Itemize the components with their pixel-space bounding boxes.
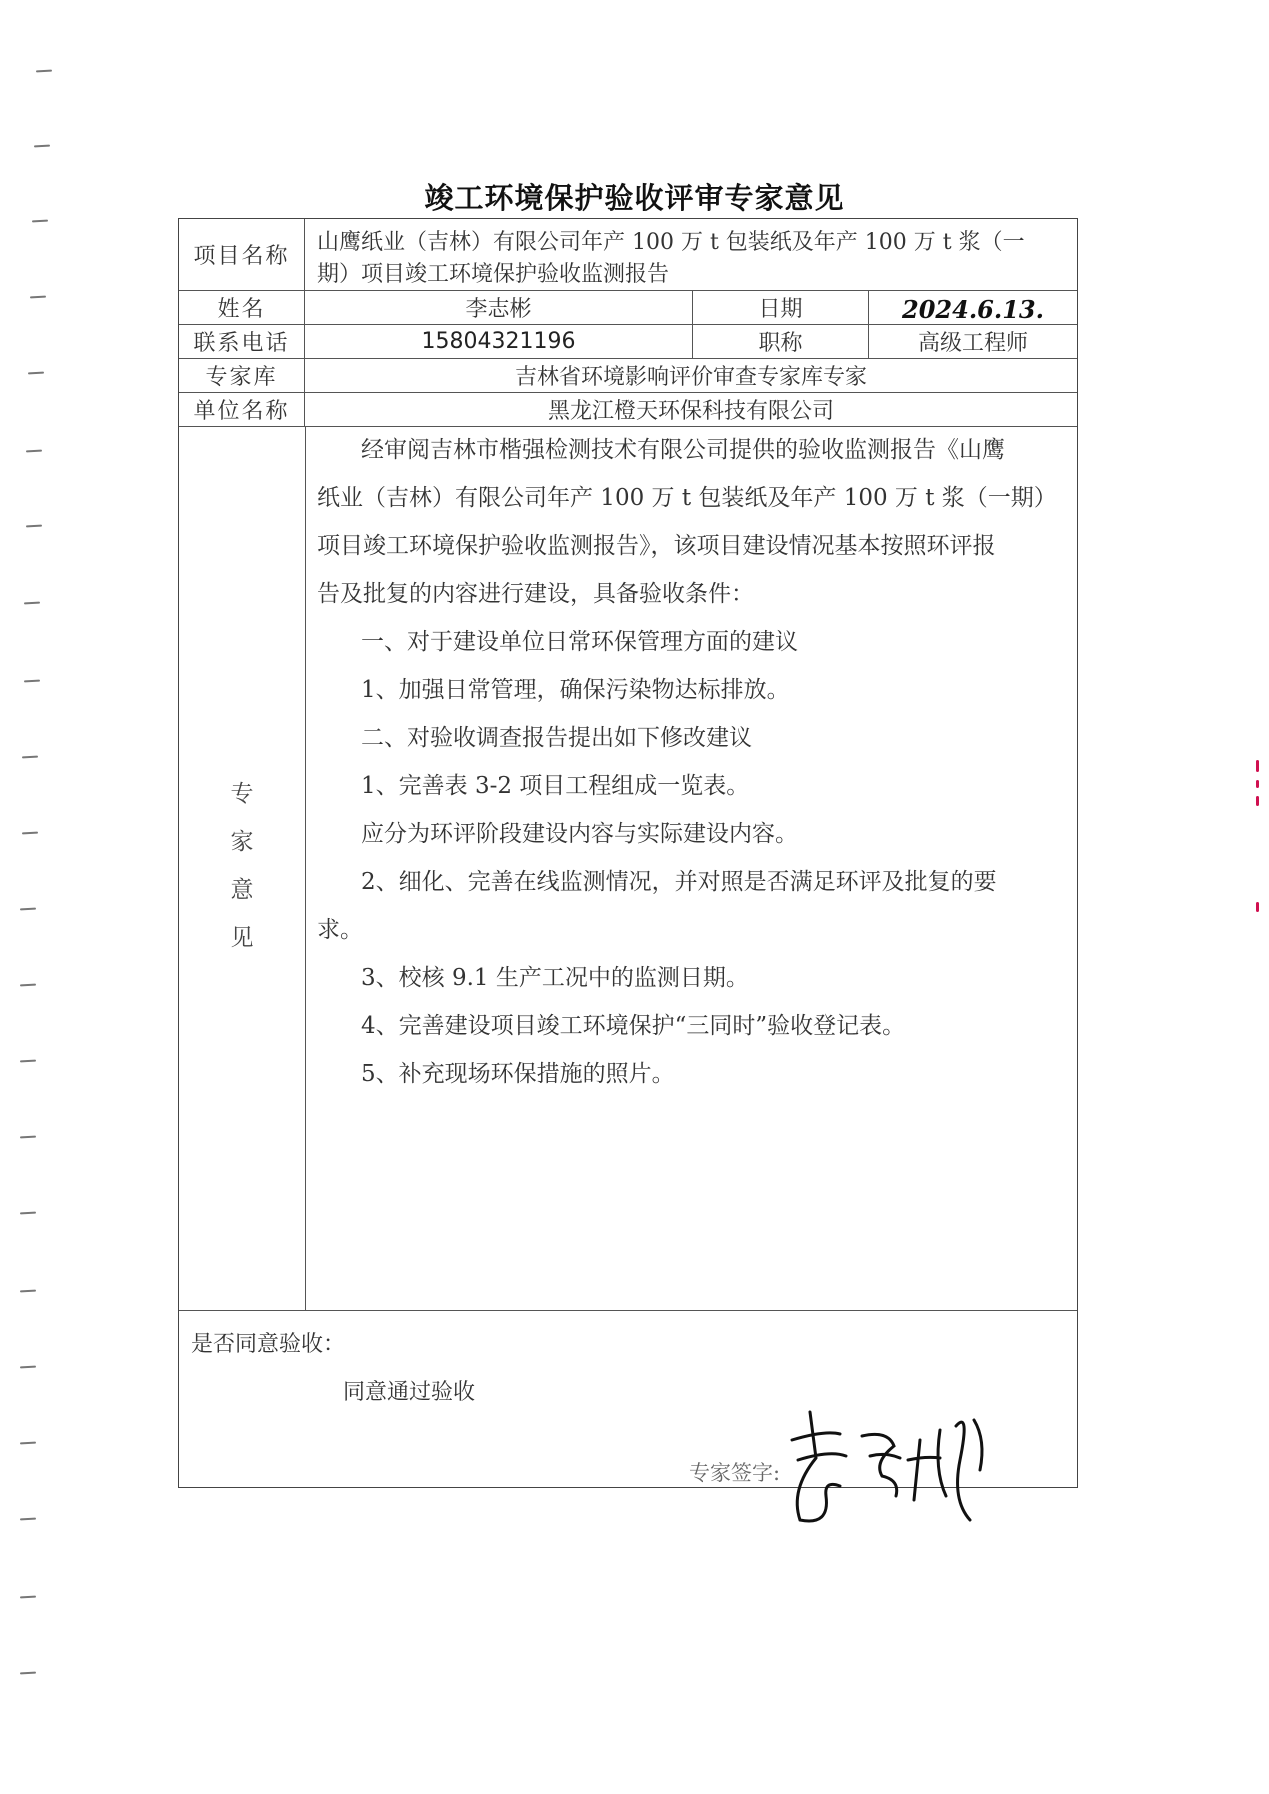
project-name-line-2: 期）项目竣工环境保护验收监测报告 — [317, 259, 1025, 291]
margin-mark — [26, 450, 42, 453]
project-name-label: 项目名称 — [179, 219, 305, 290]
unit-value: 黑龙江橙天环保科技有限公司 — [305, 393, 1077, 426]
margin-mark — [20, 1596, 36, 1599]
red-seal-edge-mark — [1256, 902, 1259, 912]
name-date-row: 姓名 李志彬 日期 2024.6.13. — [179, 291, 1077, 325]
opinion-line: 5、补充现场环保措施的照片。 — [361, 1055, 675, 1088]
project-name-row: 项目名称 山鹰纸业（吉林）有限公司年产 100 万 t 包装纸及年产 100 万… — [179, 219, 1077, 291]
margin-mark — [20, 1290, 36, 1293]
approval-question: 是否同意验收： — [191, 1327, 345, 1358]
margin-mark — [30, 296, 46, 299]
expert-opinion-label: 专 家 意 见 — [179, 427, 306, 1310]
name-value: 李志彬 — [305, 291, 693, 324]
margin-mark — [20, 1212, 36, 1215]
unit-row: 单位名称 黑龙江橙天环保科技有限公司 — [179, 393, 1077, 427]
project-name-value: 山鹰纸业（吉林）有限公司年产 100 万 t 包装纸及年产 100 万 t 浆（… — [305, 219, 1077, 290]
phone-value: 15804321196 — [305, 325, 693, 358]
phone-label: 联系电话 — [179, 325, 305, 358]
opinion-label-char: 家 — [179, 823, 305, 856]
phone-title-row: 联系电话 15804321196 职称 高级工程师 — [179, 325, 1077, 359]
margin-mark — [24, 602, 40, 605]
opinion-line: 1、完善表 3-2 项目工程组成一览表。 — [361, 767, 749, 800]
opinion-label-char: 见 — [179, 919, 305, 952]
red-seal-edge-mark — [1256, 760, 1259, 772]
opinion-line: 应分为环评阶段建设内容与实际建设内容。 — [361, 815, 798, 848]
opinion-label-char: 意 — [179, 871, 305, 904]
date-label: 日期 — [693, 291, 869, 324]
margin-mark — [26, 525, 42, 528]
opinion-line: 二、对验收调查报告提出如下修改建议 — [361, 719, 752, 752]
margin-mark — [22, 756, 38, 759]
expert-pool-label: 专家库 — [179, 359, 305, 392]
project-name-line-1: 山鹰纸业（吉林）有限公司年产 100 万 t 包装纸及年产 100 万 t 浆（… — [317, 227, 1025, 259]
opinion-line: 求。 — [317, 911, 363, 944]
expert-opinion-form: 项目名称 山鹰纸业（吉林）有限公司年产 100 万 t 包装纸及年产 100 万… — [178, 218, 1078, 1488]
margin-mark — [20, 1672, 36, 1675]
opinion-line: 1、加强日常管理，确保污染物达标排放。 — [361, 671, 790, 704]
approval-answer: 同意通过验收 — [343, 1375, 475, 1406]
opinion-line: 纸业（吉林）有限公司年产 100 万 t 包装纸及年产 100 万 t 浆（一期… — [317, 479, 1057, 512]
margin-mark — [28, 372, 44, 375]
opinion-line: 4、完善建设项目竣工环境保护“三同时”验收登记表。 — [361, 1007, 905, 1040]
expert-pool-value: 吉林省环境影响评价审查专家库专家 — [305, 359, 1077, 392]
margin-mark — [20, 1060, 36, 1063]
page-title: 竣工环境保护验收评审专家意见 — [0, 176, 1269, 217]
margin-mark — [36, 70, 52, 73]
expert-opinion-body: 经审阅吉林市楷强检测技术有限公司提供的验收监测报告《山鹰 纸业（吉林）有限公司年… — [305, 427, 1077, 1310]
margin-mark — [20, 1518, 36, 1521]
date-handwritten-value: 2024.6.13. — [869, 291, 1077, 324]
margin-mark — [20, 984, 36, 987]
opinion-label-char: 专 — [179, 775, 305, 808]
margin-mark — [22, 832, 38, 835]
signature-scribble-icon — [770, 1400, 1010, 1540]
margin-mark — [24, 680, 40, 683]
expert-opinion-section: 专 家 意 见 经审阅吉林市楷强检测技术有限公司提供的验收监测报告《山鹰 纸业（… — [179, 427, 1077, 1311]
unit-label: 单位名称 — [179, 393, 305, 426]
title-value: 高级工程师 — [869, 325, 1077, 358]
name-label: 姓名 — [179, 291, 305, 324]
margin-mark — [20, 908, 36, 911]
signature-label: 专家签字: — [689, 1457, 780, 1487]
opinion-line: 一、对于建设单位日常环保管理方面的建议 — [361, 623, 798, 656]
margin-mark — [20, 1442, 36, 1445]
margin-mark — [20, 1366, 36, 1369]
opinion-line: 经审阅吉林市楷强检测技术有限公司提供的验收监测报告《山鹰 — [361, 431, 1005, 464]
expert-pool-row: 专家库 吉林省环境影响评价审查专家库专家 — [179, 359, 1077, 393]
margin-mark — [32, 220, 48, 223]
title-label: 职称 — [693, 325, 869, 358]
red-seal-edge-mark — [1256, 780, 1259, 788]
opinion-line: 2、细化、完善在线监测情况，并对照是否满足环评及批复的要 — [361, 863, 997, 896]
opinion-line: 3、校核 9.1 生产工况中的监测日期。 — [361, 959, 749, 992]
opinion-line: 项目竣工环境保护验收监测报告》，该项目建设情况基本按照环评报 — [317, 527, 996, 560]
margin-mark — [34, 145, 50, 148]
opinion-line: 告及批复的内容进行建设，具备验收条件： — [317, 575, 754, 608]
margin-mark — [20, 1136, 36, 1139]
red-seal-edge-mark — [1256, 796, 1259, 806]
